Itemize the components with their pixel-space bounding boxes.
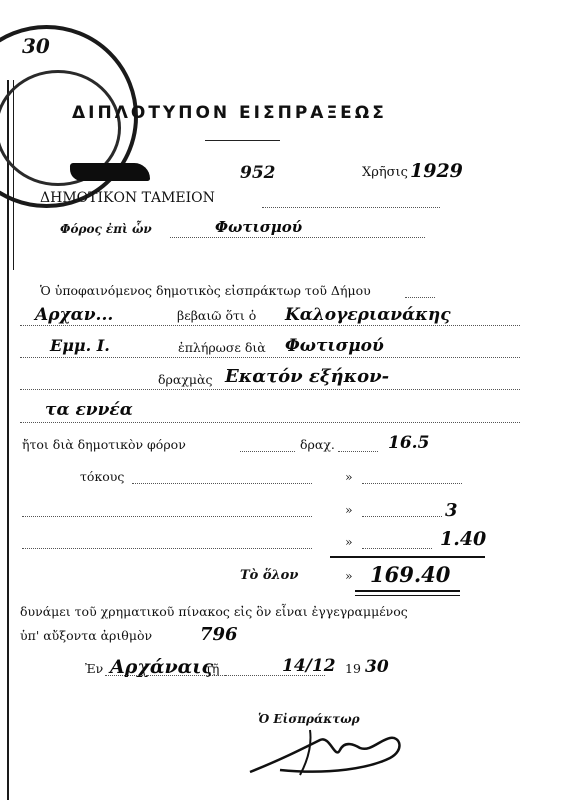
payer-value-2: Εμμ. Ι. [50, 336, 110, 355]
municipal-tax-dots [240, 451, 295, 452]
paid-for-label: ἐπλήρωσε διὰ [178, 340, 266, 355]
payer-value: Καλογεριανάκης [285, 305, 451, 325]
place-label: Ἐν [85, 661, 103, 676]
item3-value: 3 [445, 500, 458, 521]
date-label: τῇ [205, 661, 219, 676]
municipal-tax-value-dots [338, 451, 378, 452]
interest-value-dots [362, 483, 462, 484]
drachmas-words-2: τα εννέα [45, 400, 133, 420]
item4-value: 1.40 [440, 528, 486, 550]
redaction-mark [70, 163, 150, 181]
item4-value-dots [362, 548, 432, 549]
year-prefix: 19 [345, 661, 361, 676]
document-title: ΔΙΠΛΟΤΥΠΟΝ ΕΙΣΠΡΑΞΕΩΣ [72, 103, 387, 123]
fiscal-year-label: Χρῆσις [362, 165, 408, 180]
signature-icon [240, 720, 420, 780]
item3-value-dots [362, 516, 442, 517]
item4-line [22, 548, 312, 549]
certify-label: βεβαιῶ ὅτι ὁ [177, 308, 256, 323]
registry-text: δυνάμει τοῦ χρηματικοῦ πίνακος εἰς ὃν εἶ… [20, 604, 408, 619]
interest-dots [132, 483, 312, 484]
municipality-line [405, 297, 435, 298]
municipality-value: Αρχαν... [35, 305, 113, 325]
year-value: 30 [365, 657, 389, 677]
total-double-rule-1 [355, 590, 460, 592]
tax-on-value: Φωτισμού [215, 218, 302, 236]
total-value: 169.40 [370, 562, 450, 587]
municipal-tax-unit: δραχ. [300, 437, 335, 452]
drachmas-label: δραχμὰς [158, 372, 212, 387]
stamp-number: 30 [22, 34, 50, 58]
date-value: 14/12 [282, 656, 336, 676]
total-unit: » [345, 568, 353, 583]
serial-value: 796 [200, 624, 238, 645]
total-double-rule-2 [355, 595, 460, 596]
drachmas-line-2 [20, 422, 520, 423]
item4-unit: » [345, 534, 353, 549]
total-label: Τὸ ὅλον [240, 568, 298, 583]
payer-line [20, 325, 520, 326]
fiscal-year-value: 1929 [410, 160, 463, 182]
subtotal-rule [330, 556, 485, 558]
municipal-tax-value: 16.5 [388, 433, 429, 453]
paid-for-line [20, 357, 520, 358]
item3-unit: » [345, 502, 353, 517]
receipt-number: 952 [240, 163, 276, 183]
tax-on-label: Φόρος ἐπὶ ὧν [60, 222, 152, 236]
interest-unit: » [345, 469, 353, 484]
municipal-treasury-label: ΔΗΜΟΤΙΚΟΝ ΤΑΜΕΙΟΝ [40, 190, 215, 206]
title-underline [205, 140, 280, 141]
tax-on-line [170, 237, 425, 238]
collector-intro: Ὁ ὑποφαινόμενος δημοτικὸς εἰσπράκτωρ τοῦ… [40, 283, 371, 298]
paid-for-value: Φωτισμού [285, 336, 384, 356]
item3-line [22, 516, 312, 517]
interest-label: τόκους [80, 469, 124, 484]
serial-label: ὑπ' αὔξοντα ἀριθμὸν [20, 628, 152, 643]
drachmas-line [20, 389, 520, 390]
drachmas-words-1: Εκατόν εξήκον- [225, 366, 389, 387]
municipal-tax-label: ἤτοι διὰ δημοτικὸν φόρον [22, 437, 186, 452]
treasury-line [262, 207, 440, 208]
